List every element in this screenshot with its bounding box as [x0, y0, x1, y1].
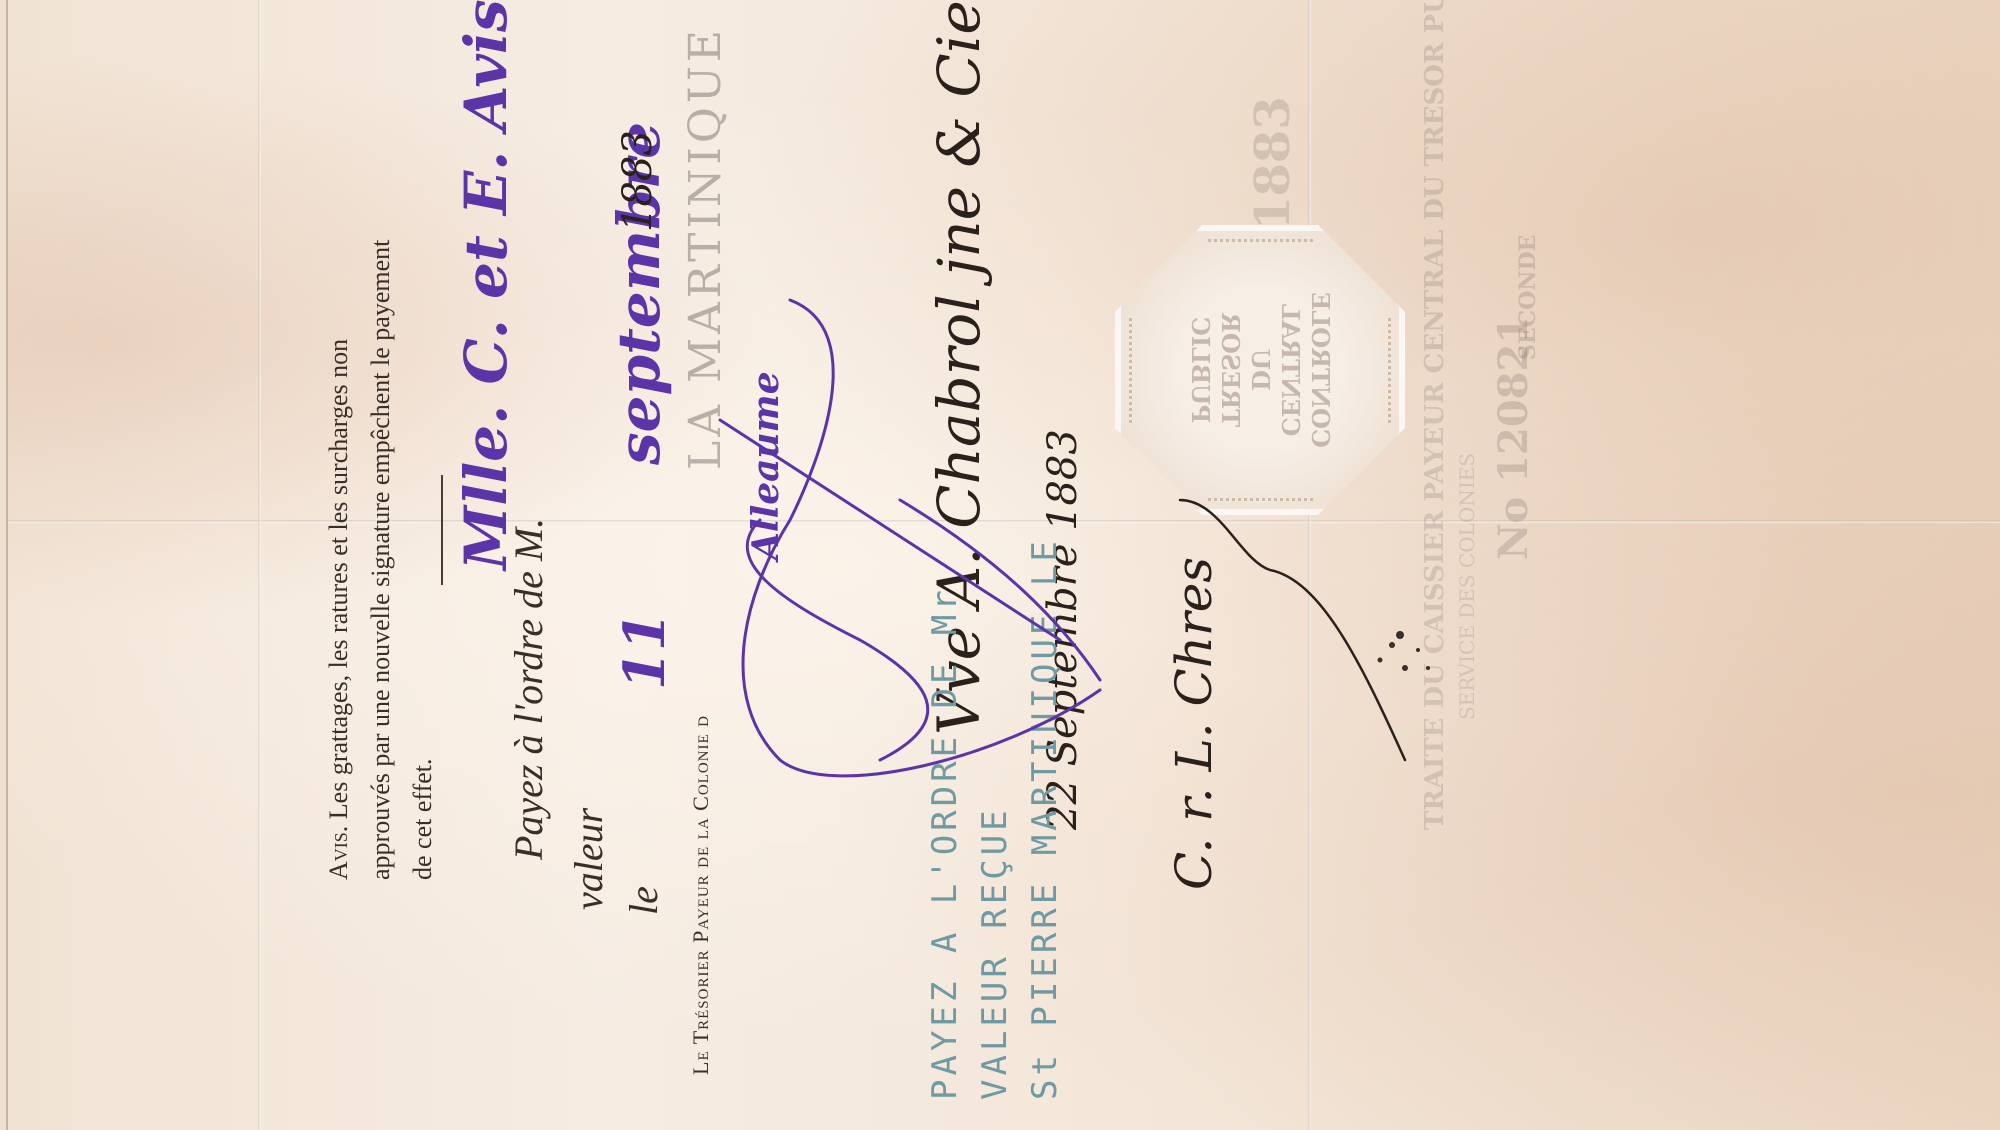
signature-flourishes: [0, 0, 2000, 1130]
black-flourish: [1180, 500, 1405, 760]
purple-flourish: [720, 300, 1100, 776]
ink-blot: [1378, 631, 1431, 671]
